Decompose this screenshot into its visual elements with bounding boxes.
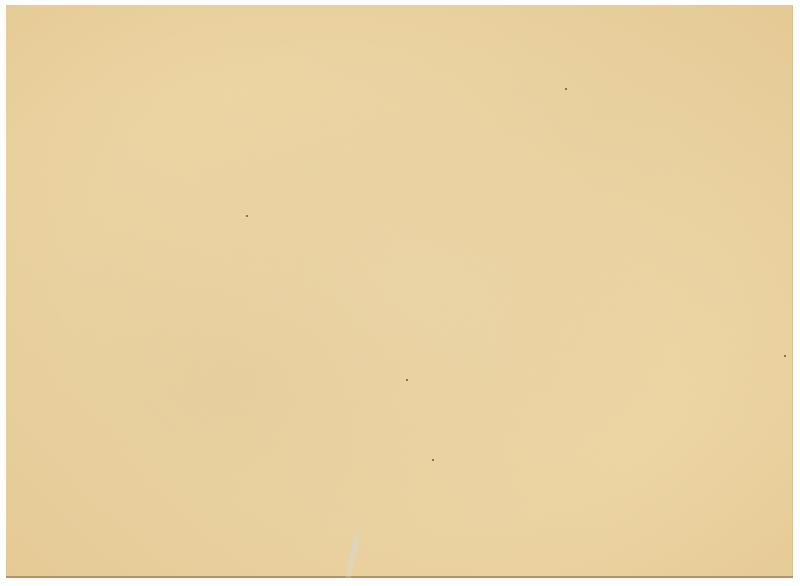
foxing-spot [784, 355, 786, 357]
foxing-spot [406, 379, 408, 381]
foxing-spot [246, 215, 248, 217]
foxing-spot [565, 88, 567, 90]
aged-paper-sheet [6, 5, 793, 578]
paper-crease [345, 520, 363, 580]
foxing-spot [432, 459, 434, 461]
